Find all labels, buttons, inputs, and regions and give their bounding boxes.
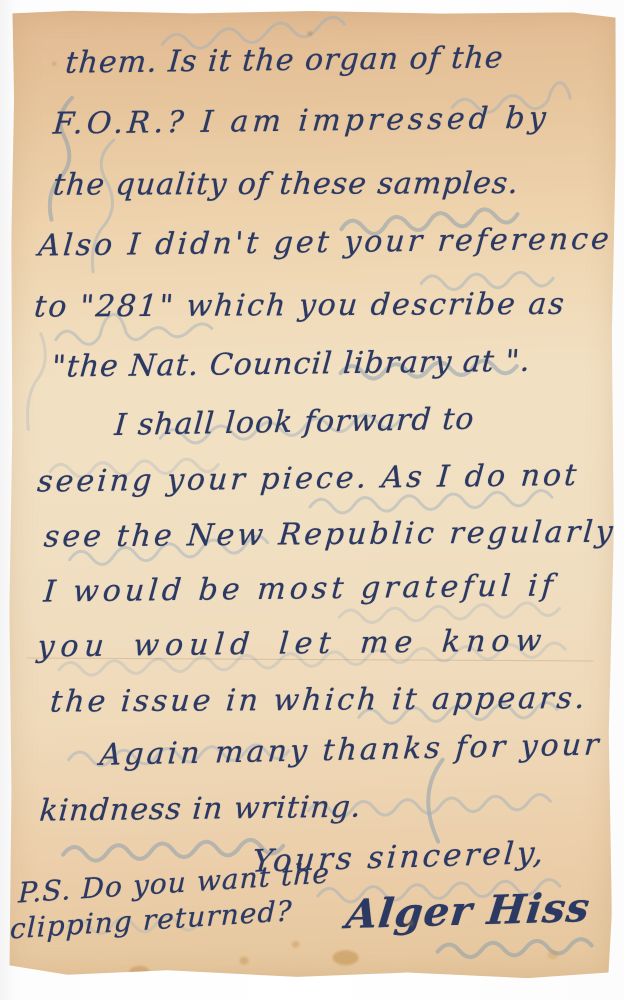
letter-line: seeing your piece. As I do not <box>36 458 581 500</box>
stain <box>548 950 559 959</box>
letter-line: Again many thanks for your <box>99 727 603 772</box>
letter-line: to "281" which you describe as <box>33 287 567 325</box>
signature: Alger Hiss <box>344 884 593 938</box>
letter-line: Also I didn't get your reference <box>37 222 613 264</box>
letter-line: F.O.R.? I am impressed by <box>52 101 551 142</box>
letter-photo: them. Is it the organ of the F.O.R.? I a… <box>0 0 624 1000</box>
letter-line: I would be most grateful if <box>42 568 558 609</box>
stain <box>406 919 414 926</box>
letter-line: see the New Republic regularly <box>43 515 617 555</box>
letter-line: the quality of these samples. <box>52 166 521 203</box>
letter-line: you would let me know <box>36 623 549 664</box>
letter-line: them. Is it the organ of the <box>64 40 505 80</box>
stain <box>129 966 149 977</box>
letter-line: the issue in which it appears. <box>49 681 589 720</box>
stain <box>240 957 249 965</box>
letter-line: "the Nat. Council library at ". <box>51 344 533 385</box>
letter-line: kindness in writing. <box>38 790 363 829</box>
stain <box>307 31 312 36</box>
letter-paper: them. Is it the organ of the F.O.R.? I a… <box>7 9 616 979</box>
stain <box>333 950 359 965</box>
stain <box>52 62 56 66</box>
letter-line: I shall look forward to <box>113 402 476 443</box>
stain <box>292 941 300 948</box>
